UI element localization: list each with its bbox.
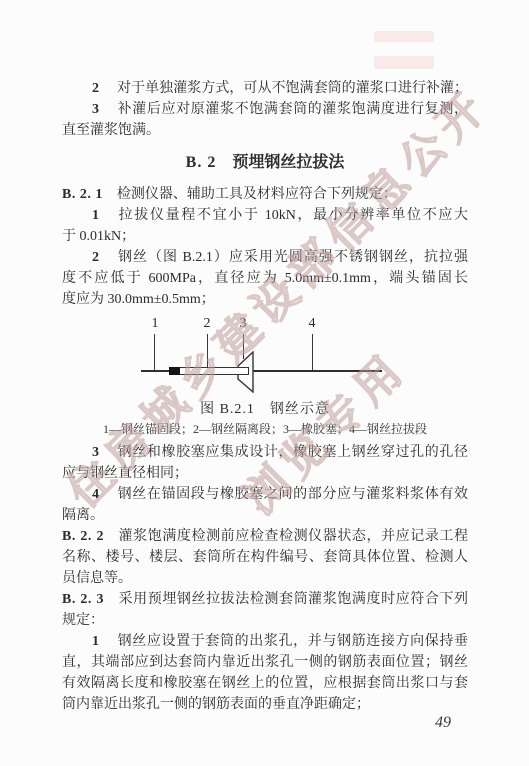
document-page: { "page": { "number": "49" }, "heading":… [0, 0, 529, 766]
paragraph-line: 隔离。 [62, 505, 468, 526]
line-text: 隔离。 [62, 508, 104, 523]
line-text: 筒内靠近出浆孔一侧的钢筋表面的垂直净距确定； [62, 697, 370, 712]
paragraph-line: 直至灌浆饱满。 [62, 120, 468, 141]
page-body: 2对于单独灌浆方式，可从不饱满套筒的灌浆口进行补灌； 3补灌后应对原灌浆不饱满套… [62, 78, 468, 715]
section-heading: B. 2预埋钢丝拉拔法 [62, 151, 468, 175]
paragraph-line: 员信息等。 [62, 568, 468, 589]
line-text: 拉拔仪量程不宜小于 10kN，最小分辨率单位不应大 [117, 208, 468, 223]
scan-artifact [374, 56, 434, 69]
line-text: 钢丝（图 B.2.1）应采用光圆高强不锈钢钢丝，抗拉强 [117, 250, 468, 265]
paragraph-line: 4钢丝在锚固段与橡胶塞之间的部分应与灌浆料浆体有效 [62, 484, 468, 505]
item-number: 3 [92, 102, 99, 117]
line-text: 名称、楼号、楼层、套筒所在构件编号、套筒具体位置、检测人 [62, 550, 468, 565]
paragraph-line: 有效隔离长度和橡胶塞在钢丝上的位置，应根据套筒出浆口与套 [62, 673, 468, 694]
clause-line: B. 2. 2灌浆饱满度检测前应检查检测仪器状态，并应记录工程 [62, 526, 468, 547]
clause-line: B. 2. 1检测仪器、辅助工具及材料应符合下列规定： [62, 184, 468, 205]
clause-number: B. 2. 2 [62, 529, 104, 544]
section-number: B. 2 [186, 154, 217, 171]
item-number: 4 [92, 487, 99, 502]
item-number: 1 [92, 634, 99, 649]
paragraph-line: 2对于单独灌浆方式，可从不饱满套筒的灌浆口进行补灌； [62, 78, 468, 99]
leader-line-4 [312, 334, 313, 371]
line-text: 度不应低于 600MPa，直径应为 5.0mm±0.1mm，端头锚固长 [62, 271, 468, 286]
paragraph-line: 3补灌后应对原灌浆不饱满套筒的灌浆饱满度进行复测， [62, 99, 468, 120]
line-text: 补灌后应对原灌浆不饱满套筒的灌浆饱满度进行复测， [117, 102, 468, 117]
line-text: 灌浆饱满度检测前应检查检测仪器状态，并应记录工程 [118, 529, 468, 544]
paragraph-line: 应与钢丝直径相同； [62, 463, 468, 484]
line-text: 员信息等。 [62, 571, 132, 586]
figure-label-1: 1 [149, 316, 161, 332]
paragraph-line: 1拉拔仪量程不宜小于 10kN，最小分辨率单位不应大 [62, 205, 468, 226]
item-number: 2 [92, 250, 99, 265]
figure-label-3: 3 [237, 316, 249, 332]
clause-line: B. 2. 3采用预埋钢丝拉拔法检测套筒灌浆饱满度时应符合下列 [62, 589, 468, 610]
paragraph-line: 度不应低于 600MPa，直径应为 5.0mm±0.1mm，端头锚固长 [62, 268, 468, 289]
item-number: 2 [92, 81, 99, 96]
line-text: 钢丝应设置于套筒的出浆孔，并与钢筋连接方向保持垂 [117, 634, 468, 649]
line-text: 有效隔离长度和橡胶塞在钢丝上的位置，应根据套筒出浆口与套 [62, 676, 468, 691]
line-text: 规定： [62, 613, 104, 628]
clause-number: B. 2. 3 [62, 592, 104, 607]
isolation-tube [179, 367, 249, 375]
section-title: 预埋钢丝拉拔法 [232, 154, 344, 171]
figure-legend: 1—钢丝锚固段；2—钢丝隔离段；3—橡胶塞；4—钢丝拉拔段 [62, 420, 468, 437]
paragraph-line: 3钢丝和橡胶塞应集成设计，橡胶塞上钢丝穿过孔的孔径 [62, 442, 468, 463]
figure-caption: 图 B.2.1 钢丝示意 [62, 398, 468, 418]
line-text: 于 0.01kN； [62, 229, 135, 244]
scan-artifact [374, 31, 434, 42]
paragraph-line: 筒内靠近出浆孔一侧的钢筋表面的垂直净距确定； [62, 694, 468, 715]
leader-line-2 [207, 334, 208, 368]
line-text: 钢丝和橡胶塞应集成设计，橡胶塞上钢丝穿过孔的孔径 [117, 445, 468, 460]
page-number: 49 [428, 714, 458, 732]
line-text: 检测仪器、辅助工具及材料应符合下列规定： [117, 187, 397, 202]
leader-line-1 [154, 334, 155, 371]
line-text: 钢丝在锚固段与橡胶塞之间的部分应与灌浆料浆体有效 [117, 487, 468, 502]
line-text: 直，其端部应到达套筒内靠近出浆孔一侧的钢筋表面位置；钢丝 [62, 655, 468, 670]
clause-number: B. 2. 1 [62, 187, 103, 202]
paragraph-line: 名称、楼号、楼层、套筒所在构件编号、套筒具体位置、检测人 [62, 547, 468, 568]
line-text: 直至灌浆饱满。 [62, 123, 160, 138]
item-number: 1 [92, 208, 99, 223]
paragraph-line: 直，其端部应到达套筒内靠近出浆孔一侧的钢筋表面位置；钢丝 [62, 652, 468, 673]
figure-label-2: 2 [201, 316, 213, 332]
paragraph-line: 度应为 30.0mm±0.5mm； [62, 289, 468, 310]
line-text: 应与钢丝直径相同； [62, 466, 188, 481]
paragraph-line: 2钢丝（图 B.2.1）应采用光圆高强不锈钢钢丝，抗拉强 [62, 247, 468, 268]
line-text: 对于单独灌浆方式，可从不饱满套筒的灌浆口进行补灌； [117, 81, 468, 96]
line-text: 采用预埋钢丝拉拔法检测套筒灌浆饱满度时应符合下列 [118, 592, 468, 607]
paragraph-line: 1钢丝应设置于套筒的出浆孔，并与钢筋连接方向保持垂 [62, 631, 468, 652]
figure-b21: 1 2 3 4 图 B.2.1 钢丝示意 1—钢丝锚固段；2—钢丝隔离段；3—橡… [62, 310, 468, 442]
line-text: 度应为 30.0mm±0.5mm； [62, 292, 215, 307]
anchor-segment [169, 367, 180, 375]
figure-label-4: 4 [306, 316, 318, 332]
paragraph-line: 于 0.01kN； [62, 226, 468, 247]
item-number: 3 [92, 445, 99, 460]
paragraph-line: 规定： [62, 610, 468, 631]
